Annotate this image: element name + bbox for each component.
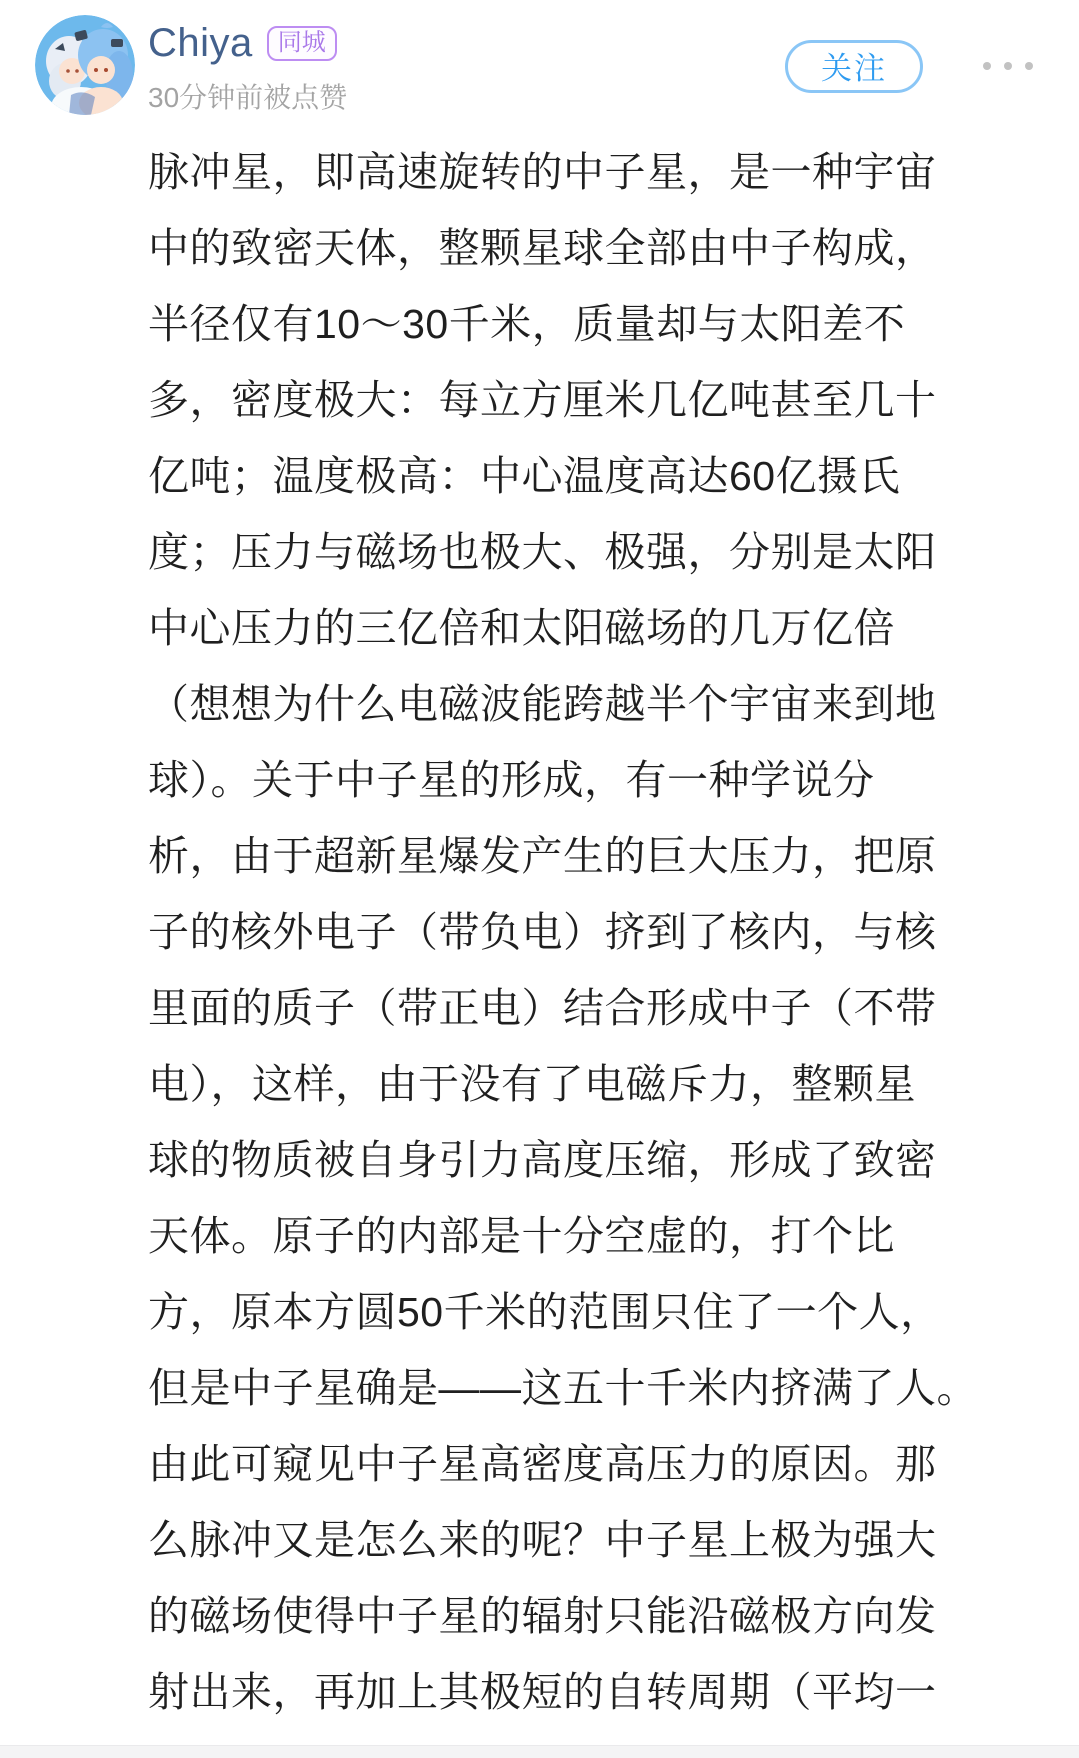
name-row: Chiya 同城	[148, 20, 337, 66]
text-line: 析，由于超新星爆发产生的巨大压力，把原	[148, 818, 948, 894]
avatar-image-icon	[35, 102, 135, 115]
text-line: 亿吨；温度极高：中心温度高达60亿摄氏	[148, 438, 948, 514]
text-line: 由此可窥见中子星高密度高压力的原因。那	[148, 1426, 948, 1502]
text-line: 的磁场使得中子星的辐射只能沿磁极方向发	[148, 1578, 948, 1654]
avatar[interactable]	[35, 15, 135, 115]
post-text[interactable]: 脉冲星，即高速旋转的中子星，是一种宇宙中的致密天体，整颗星球全部由中子构成，半径…	[148, 134, 948, 1730]
text-line: 方，原本方圆50千米的范围只住了一个人，	[148, 1274, 948, 1350]
location-badge[interactable]: 同城	[267, 26, 337, 61]
text-line: 球）。关于中子星的形成，有一种学说分	[148, 742, 948, 818]
text-line: 多，密度极大：每立方厘米几亿吨甚至几十	[148, 362, 948, 438]
text-line: 但是中子星确是——这五十千米内挤满了人。	[148, 1350, 948, 1426]
username[interactable]: Chiya	[148, 21, 253, 66]
text-line: 中的致密天体，整颗星球全部由中子构成，	[148, 210, 948, 286]
follow-button[interactable]: 关注	[785, 40, 923, 93]
text-line: 中心压力的三亿倍和太阳磁场的几万亿倍	[148, 590, 948, 666]
more-options-icon[interactable]	[983, 48, 1049, 84]
text-line: （想想为什么电磁波能跨越半个宇宙来到地	[148, 666, 948, 742]
text-line: 射出来，再加上其极短的自转周期（平均一	[148, 1654, 948, 1730]
text-line: 里面的质子（带正电）结合形成中子（不带	[148, 970, 948, 1046]
text-line: 度；压力与磁场也极大、极强，分别是太阳	[148, 514, 948, 590]
text-line: 电），这样，由于没有了电磁斥力，整颗星	[148, 1046, 948, 1122]
activity-timestamp: 30分钟前被点赞	[148, 76, 347, 116]
text-line: 天体。原子的内部是十分空虚的，打个比	[148, 1198, 948, 1274]
text-line: 脉冲星，即高速旋转的中子星，是一种宇宙	[148, 134, 948, 210]
text-line: 半径仅有10～30千米，质量却与太阳差不	[148, 286, 948, 362]
text-line: 么脉冲又是怎么来的呢？中子星上极为强大	[148, 1502, 948, 1578]
text-line: 子的核外电子（带负电）挤到了核内，与核	[148, 894, 948, 970]
post-card: Chiya 同城 30分钟前被点赞 关注 脉冲星，即高速旋转的中子星，是一种宇宙…	[0, 0, 1079, 1758]
bottom-divider	[0, 1745, 1079, 1758]
text-line: 球的物质被自身引力高度压缩，形成了致密	[148, 1122, 948, 1198]
